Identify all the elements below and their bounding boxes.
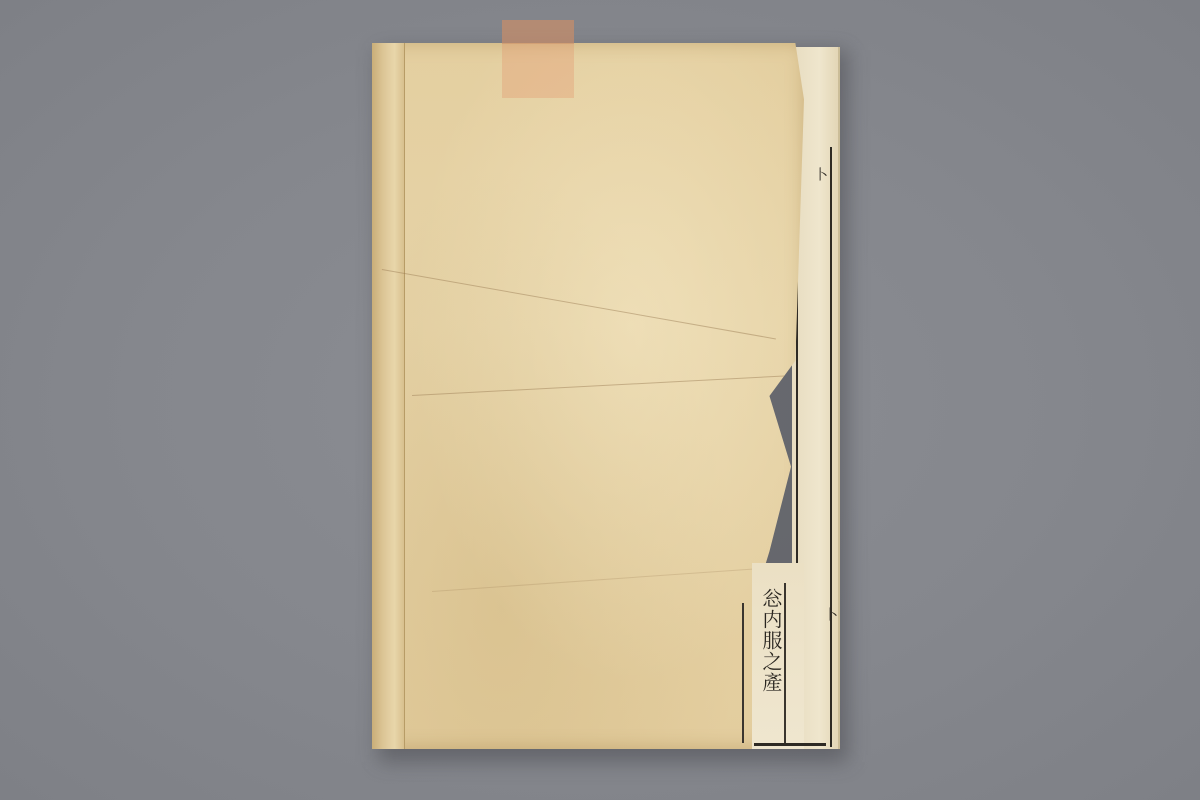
page-border-line [830, 147, 832, 747]
book: 卜 卜 忩内服之產 [372, 43, 838, 751]
page-frame-bottom [754, 743, 826, 746]
edge-fragment-text: 卜 [820, 607, 840, 621]
cover-crease [412, 375, 792, 396]
book-cover [372, 43, 804, 749]
cover-crease [432, 567, 771, 592]
cover-crease [382, 269, 776, 339]
page-frame-line [784, 583, 786, 743]
printed-characters: 忩内服之產 [760, 588, 782, 693]
label-stain-top [502, 20, 574, 44]
edge-fragment-text: 卜 [810, 167, 830, 181]
page-frame-line [742, 603, 744, 743]
photo-scene: 卜 卜 忩内服之產 [0, 0, 1200, 800]
book-spine [372, 43, 405, 749]
